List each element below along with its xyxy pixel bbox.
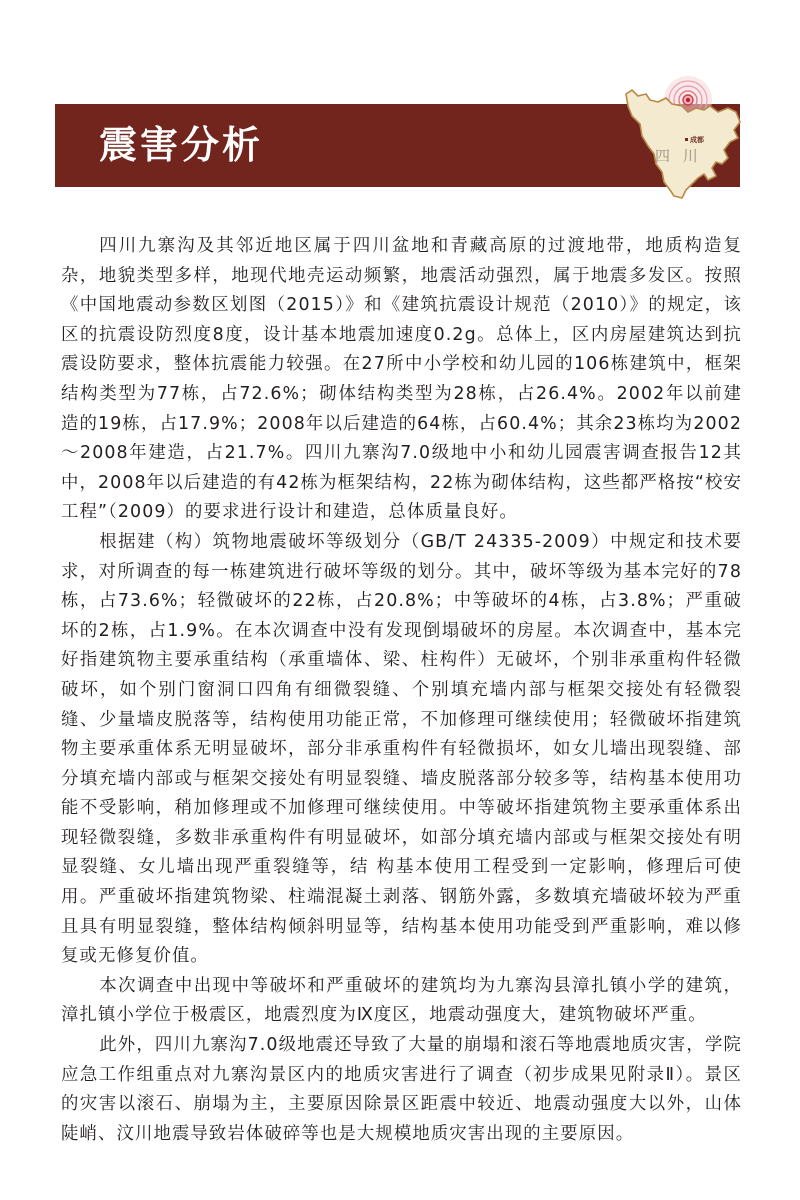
chengdu-marker [685,138,688,141]
paragraph-geological-hazards: 此外，四川九寨沟7.0级地震还导致了大量的崩塌和滚石等地震地质灾害，学院应急工作… [61,1031,742,1149]
article-body: 四川九寨沟及其邻近地区属于四川盆地和青藏高原的过渡地带，地质构造复杂，地貌类型多… [61,232,742,1149]
sichuan-map-icon: 成都 四 川 [612,72,752,202]
paragraph-zhangzha-school: 本次调查中出现中等破坏和严重破坏的建筑均为九寨沟县漳扎镇小学的建筑，漳扎镇小学位… [61,972,742,1031]
city-label: 成都 [690,135,704,144]
paragraph-building-overview: 四川九寨沟及其邻近地区属于四川盆地和青藏高原的过渡地带，地质构造复杂，地貌类型多… [61,232,742,528]
region-label: 四 川 [655,147,702,165]
section-title: 震害分析 [99,121,263,169]
paragraph-damage-grades: 根据建（构）筑物地震破坏等级划分（GB/T 24335-2009）中规定和技术要… [61,528,742,972]
